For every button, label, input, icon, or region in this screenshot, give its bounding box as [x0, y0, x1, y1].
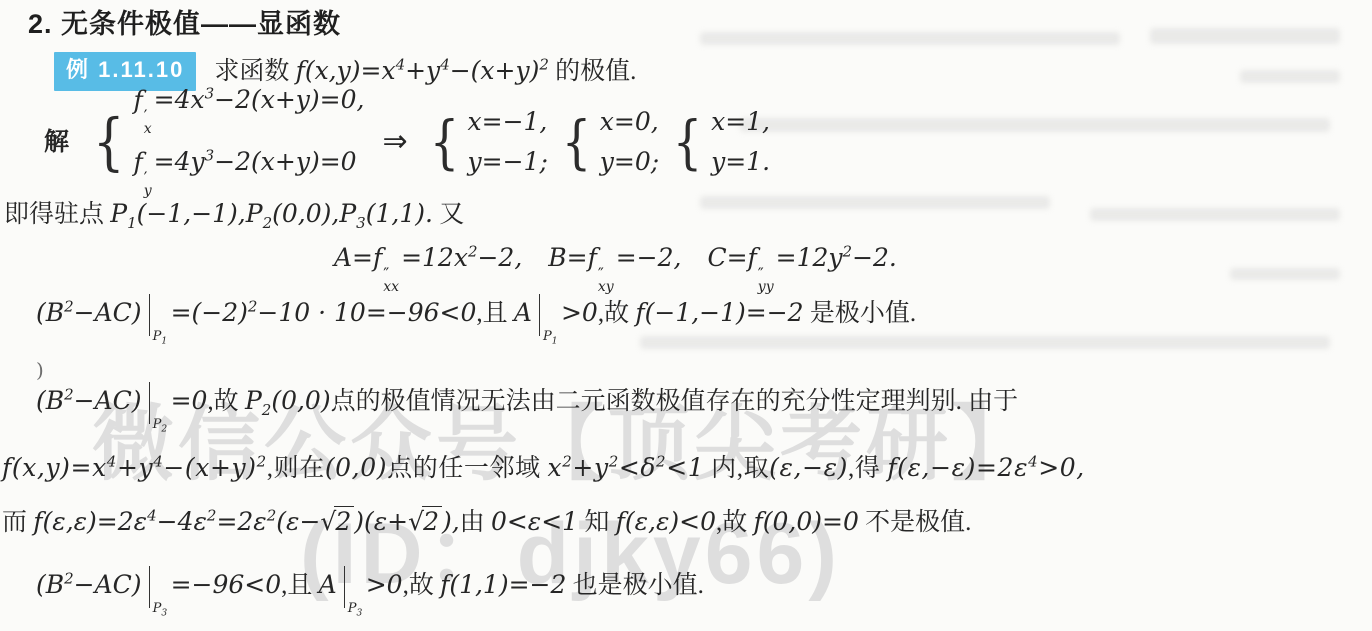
p3-analysis-line: (B2−AC)P3=−96<0,且 AP3>0,故 f(1,1)=−2 也是极小…: [36, 566, 704, 620]
neighborhood-line: f(x,y)=x4+y4−(x+y)2,则在(0,0)点的任一邻域 x2+y2<…: [2, 450, 1085, 486]
implies-arrow-icon: ⇒: [382, 121, 407, 163]
solve-label: 解: [44, 125, 69, 160]
second-derivatives-line: A=f″xx=12x2−2,B=f″xy=−2,C=f″yy=12y2−2.: [334, 240, 897, 294]
section-heading: 2. 无条件极值——显函数: [28, 6, 341, 44]
solution-2-x: x=0,: [600, 108, 659, 137]
epsilon-line: 而 f(ε,ε)=2ε4−4ε2=2ε2(ε−√2)(ε+√2),由 0<ε<1…: [2, 504, 971, 540]
left-brace-icon: {: [562, 113, 592, 171]
solution-3-y: y=1.: [711, 148, 770, 177]
solution-2-y: y=0;: [600, 148, 659, 177]
system-solution-2: { x=0, y=0;: [558, 108, 659, 177]
page-bleedthrough: [700, 196, 1050, 209]
textbook-page: 微信公众号【顶尖考研】 (ID：djky66) 2. 无条件极值——显函数 例 …: [0, 0, 1372, 631]
p2-analysis-line: (B2−AC)P2=0,故 P2(0,0)点的极值情况无法由二元函数极值存在的充…: [36, 382, 1018, 436]
derivative-eq-x: f′x=4x3−2(x+y)=0,: [133, 86, 364, 136]
system-derivatives: { f′x=4x3−2(x+y)=0, f′y=4y3−2(x+y)=0: [89, 86, 364, 199]
print-artifact: ): [36, 356, 44, 384]
example-statement: 求函数 f(x,y)=x4+y4−(x+y)2 的极值.: [214, 53, 636, 89]
page-bleedthrough: [1230, 268, 1340, 280]
page-bleedthrough: [1090, 208, 1340, 221]
solution-3-x: x=1,: [711, 108, 770, 137]
stationary-points-line: 即得驻点 P1(−1,−1),P2(0,0),P3(1,1). 又: [4, 196, 464, 234]
page-bleedthrough: [1150, 28, 1340, 44]
page-bleedthrough: [700, 32, 1120, 45]
derivative-eq-y: f′y=4y3−2(x+y)=0: [133, 148, 364, 198]
solution-1-y: y=−1;: [468, 148, 548, 177]
system-solution-1: { x=−1, y=−1;: [426, 108, 548, 177]
solution-1-x: x=−1,: [468, 108, 548, 137]
left-brace-icon: {: [673, 113, 703, 171]
p1-analysis-line: (B2−AC)P1=(−2)2−10 · 10=−96<0,且 AP1>0,故 …: [36, 294, 916, 348]
left-brace-icon: {: [93, 111, 125, 173]
page-bleedthrough: [740, 118, 1330, 132]
system-solution-3: { x=1, y=1.: [669, 108, 770, 177]
solution-system-row: 解 { f′x=4x3−2(x+y)=0, f′y=4y3−2(x+y)=0 ⇒…: [44, 94, 770, 190]
page-bleedthrough: [1240, 70, 1340, 83]
left-brace-icon: {: [429, 113, 459, 171]
